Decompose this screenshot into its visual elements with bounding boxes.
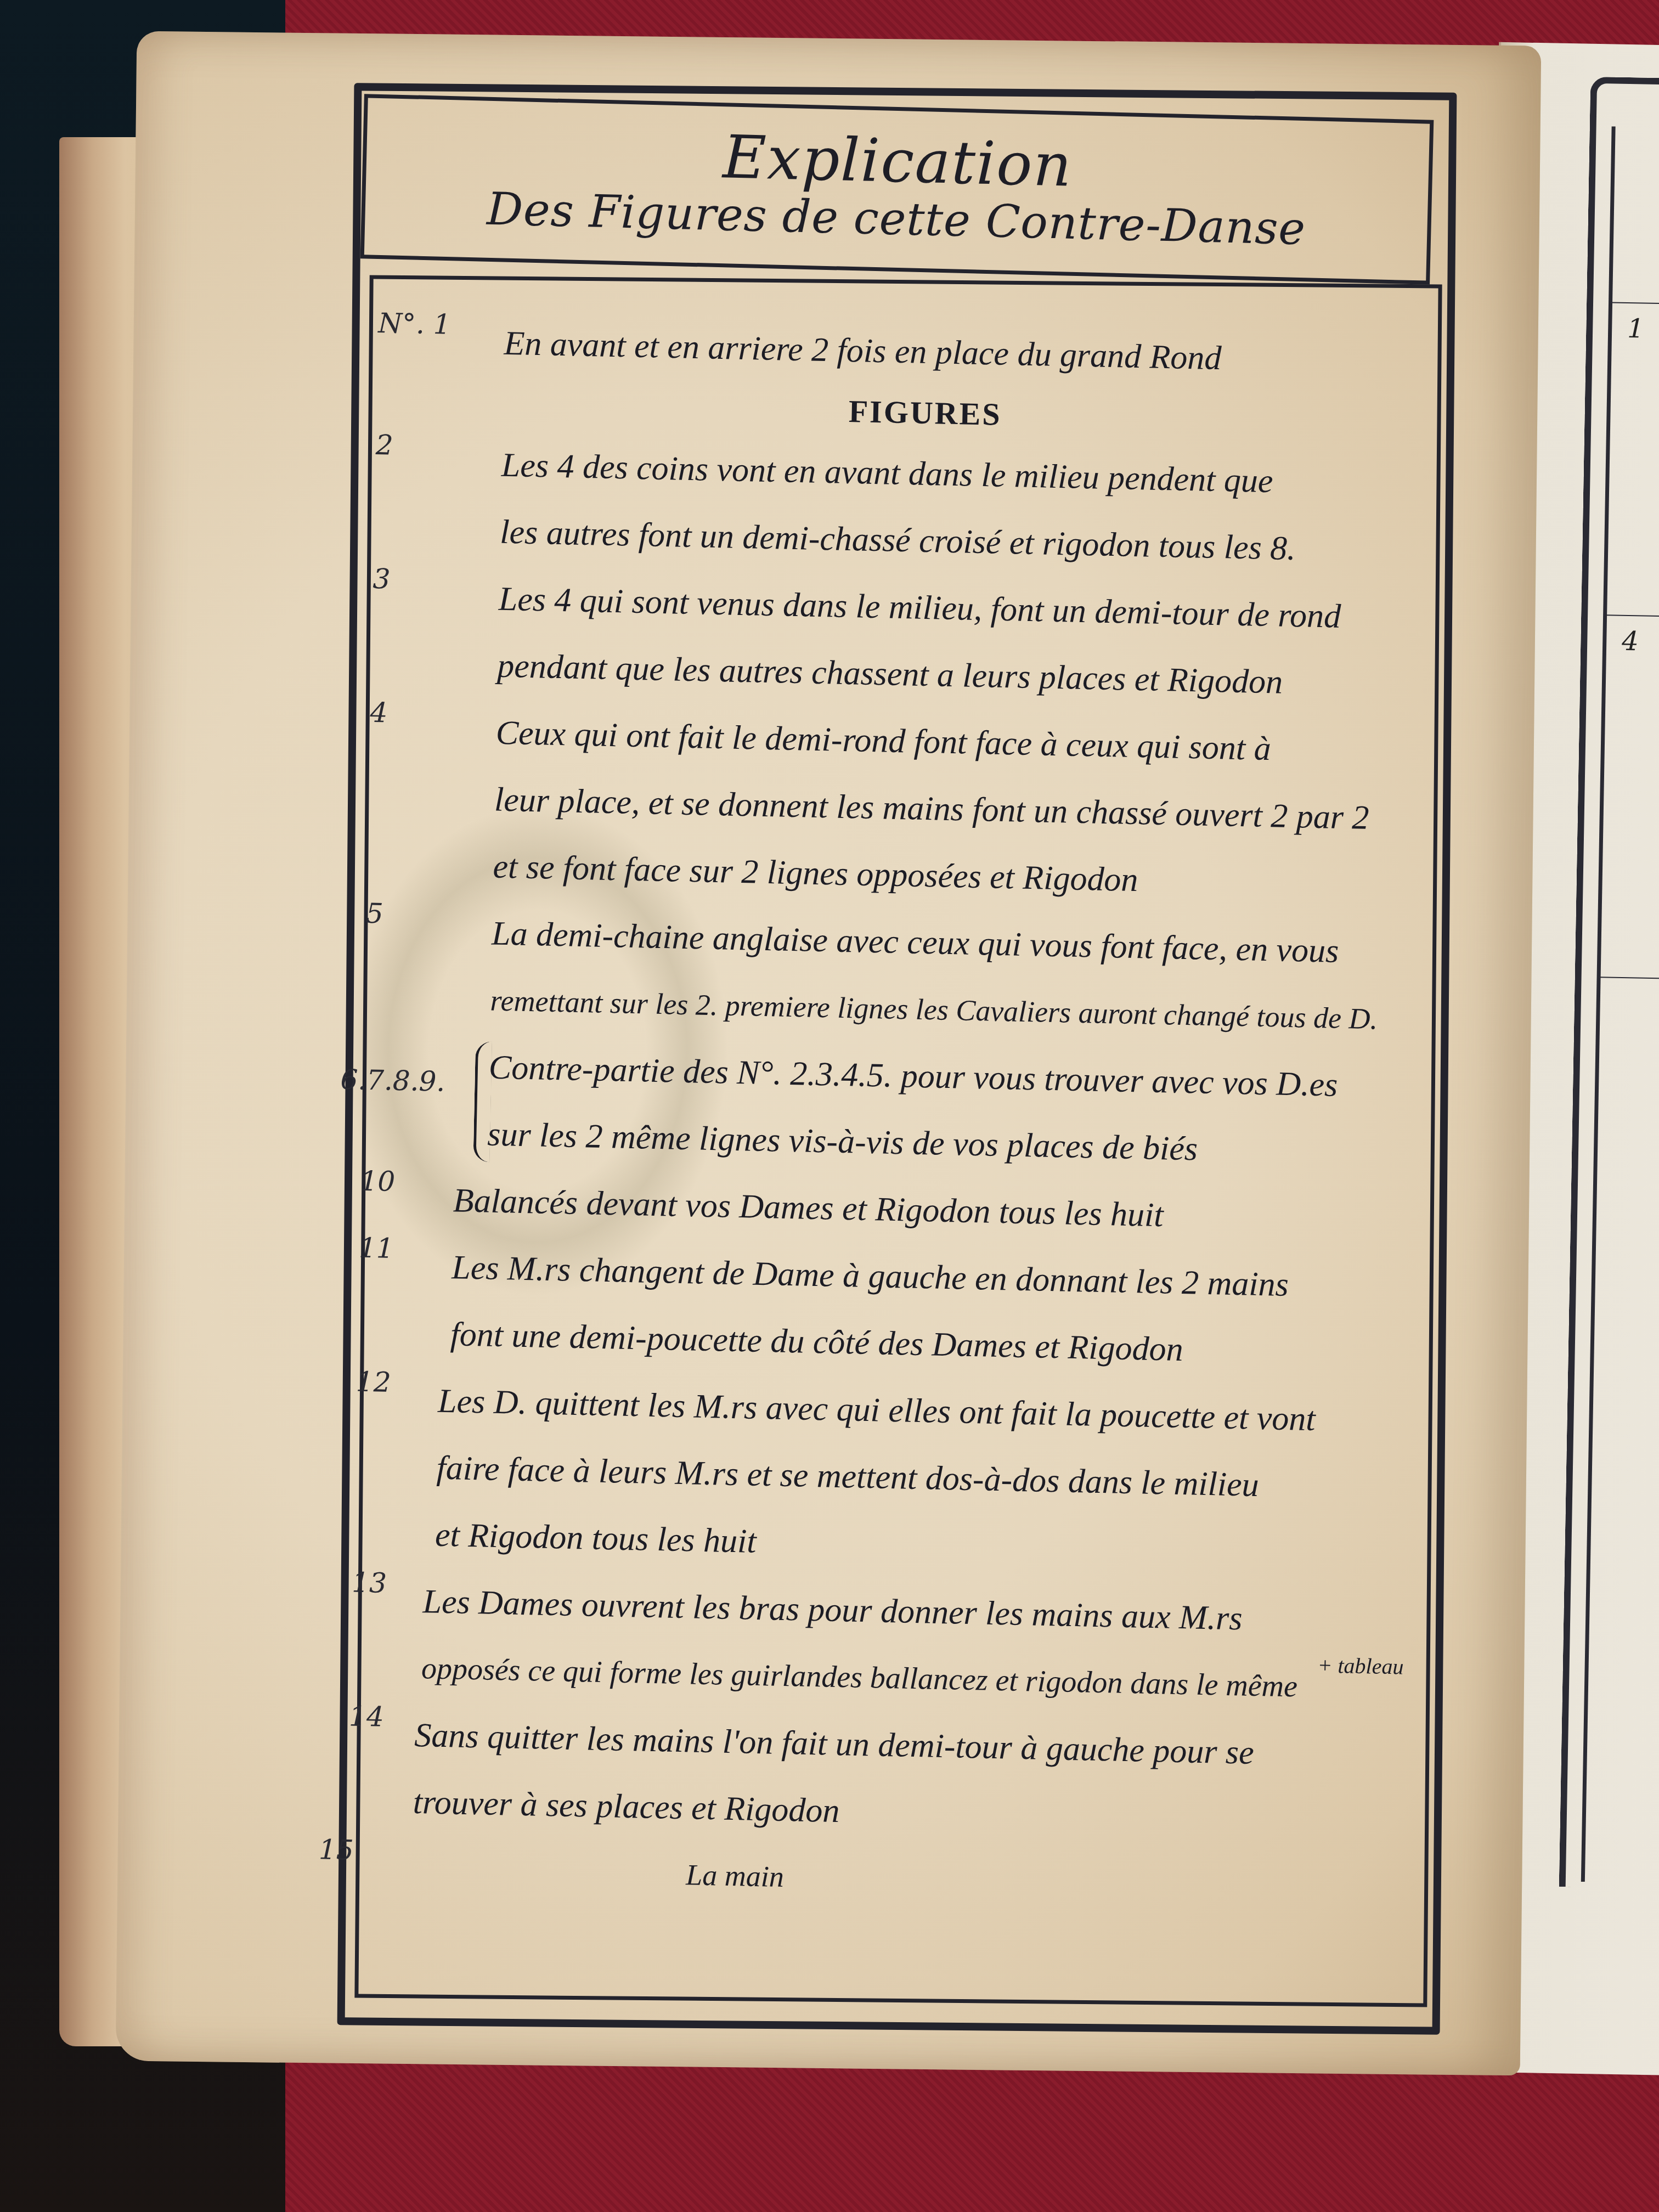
figure-number: 4: [370, 697, 458, 730]
figure-entry-14: 14 Sans quitter les mains l'on fait un d…: [347, 1700, 1392, 1856]
facing-page-number: 4: [1622, 626, 1639, 657]
figure-number: 14: [349, 1700, 437, 1734]
figure-entry-5: 5 La demi-chaine anglaise avec ceux qui …: [363, 898, 1408, 1053]
facing-page-number: 1: [1627, 313, 1645, 345]
figure-number: 15: [318, 1833, 407, 1867]
figure-entry-6-9: 6.7.8.9. Contre-partie des N°. 2.3.4.5. …: [360, 1031, 1406, 1187]
figures-list: N°. 1 En avant et en arriere 2 fois en p…: [345, 307, 1420, 1923]
figure-entry-2: 2 Les 4 des coins vont en avant dans le …: [373, 429, 1418, 585]
figure-number: 12: [356, 1366, 444, 1400]
brace-bracket: [473, 1041, 492, 1163]
title-cartouche: Explication Des Figures de cette Contre-…: [360, 94, 1434, 285]
figure-text-content: opposés ce qui forme les guirlandes ball…: [421, 1651, 1297, 1703]
figure-number: 10: [360, 1165, 448, 1199]
figure-entry-12: 12 Les D. quittent les M.rs avec qui ell…: [352, 1366, 1398, 1589]
figure-entry-4: 4 Ceux qui ont fait le demi-rond font fa…: [366, 697, 1412, 919]
figure-entry-3: 3 Les 4 qui sont venus dans le milieu, f…: [370, 563, 1415, 719]
figure-entry-11: 11 Les M.rs changent de Dame à gauche en…: [357, 1232, 1402, 1388]
figure-number: N°. 1: [378, 307, 466, 341]
figure-number: 2: [375, 429, 464, 462]
figure-number: 11: [358, 1232, 447, 1266]
figure-entry-13: 13 Les Dames ouvrent les bras pour donne…: [349, 1566, 1395, 1722]
margin-note: + tableau: [1317, 1632, 1404, 1700]
figure-number: 5: [365, 898, 454, 931]
figure-number: 13: [352, 1566, 440, 1600]
figure-number: 3: [373, 563, 461, 596]
figure-number: 6.7.8.9.: [340, 1064, 428, 1097]
